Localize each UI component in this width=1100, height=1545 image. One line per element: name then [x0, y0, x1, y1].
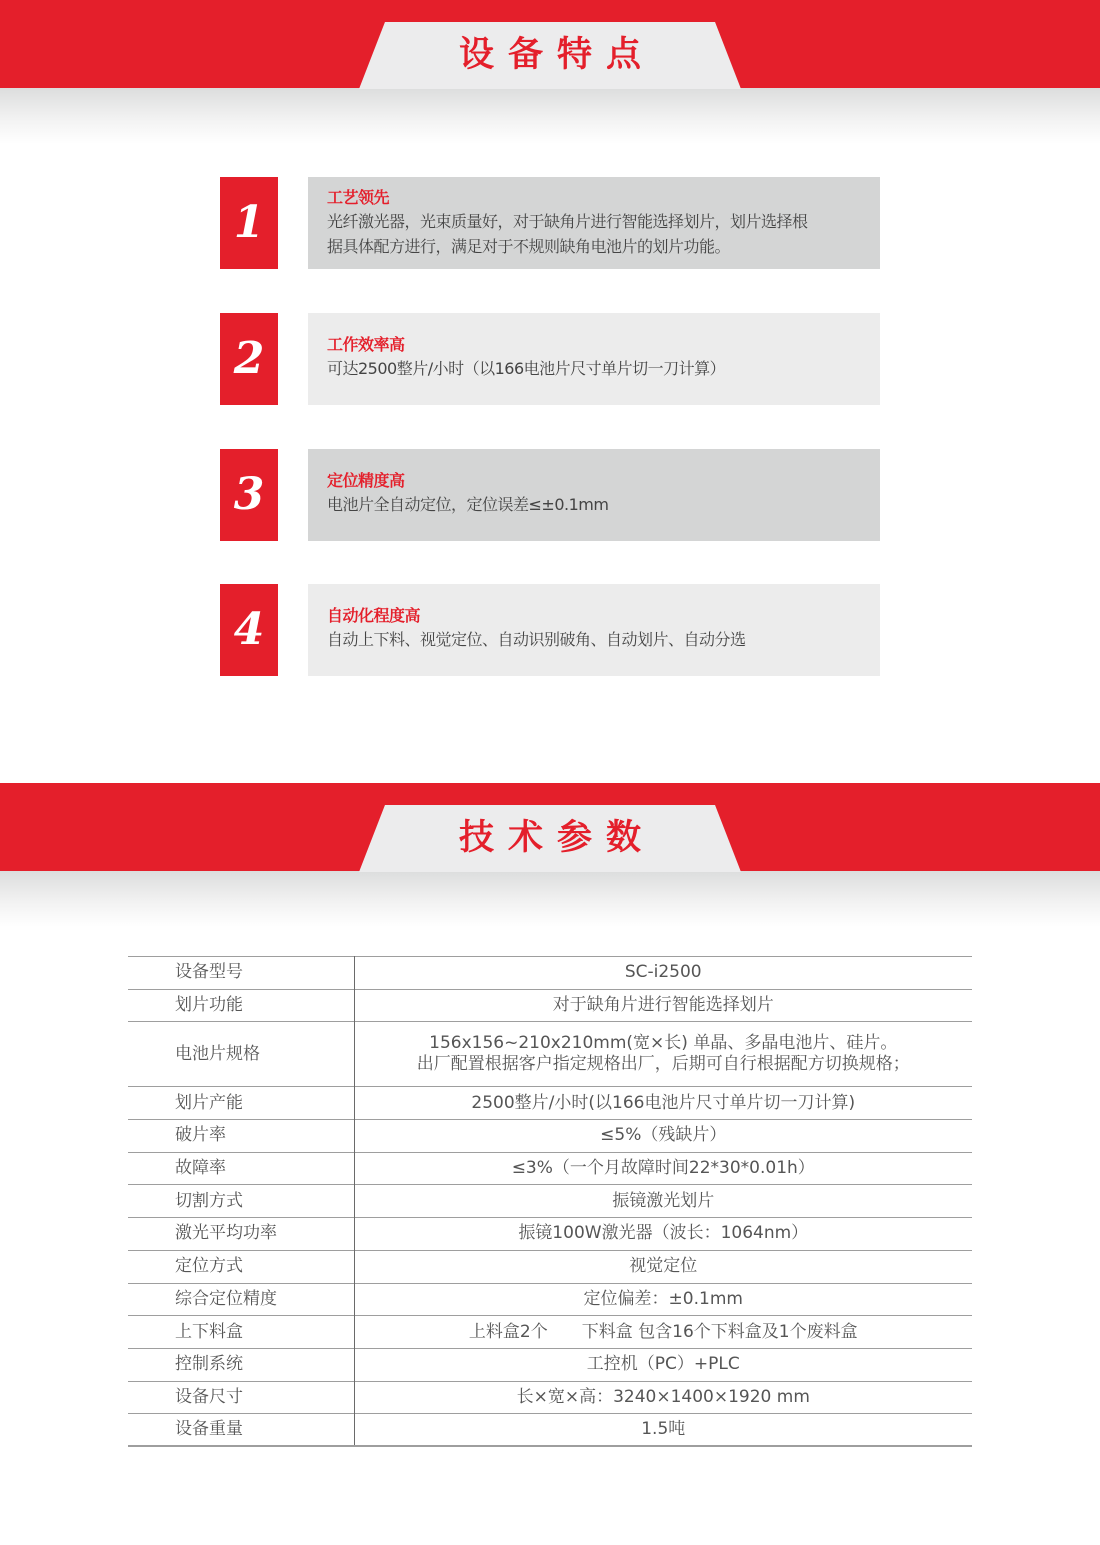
feature-description-line: 自动上下料、视觉定位、自动识别破角、自动划片、自动分选	[327, 627, 861, 652]
spec-value: SC-i2500	[354, 957, 972, 990]
table-row: 设备尺寸 长×宽×高：3240×1400×1920 mm	[128, 1381, 972, 1414]
spec-key: 激光平均功率	[128, 1218, 354, 1251]
spec-value: 2500整片/小时(以166电池片尺寸单片切一刀计算)	[354, 1087, 972, 1120]
specs-section-header: 技术参数	[0, 783, 1100, 923]
spec-key: 划片产能	[128, 1087, 354, 1120]
spec-key: 电池片规格	[128, 1022, 354, 1087]
spec-value: 对于缺角片进行智能选择划片	[354, 989, 972, 1022]
feature-description-line: 电池片全自动定位，定位误差≤±0.1mm	[327, 492, 861, 517]
spec-value: 定位偏差：±0.1mm	[354, 1283, 972, 1316]
spec-value: 工控机（PC）+PLC	[354, 1348, 972, 1381]
feature-title: 工作效率高	[327, 334, 861, 356]
feature-description-line: 据具体配方进行，满足对于不规则缺角电池片的划片功能。	[327, 234, 861, 259]
feature-item: 3 定位精度高 电池片全自动定位，定位误差≤±0.1mm	[220, 449, 880, 541]
section-title: 技术参数	[359, 813, 741, 863]
spec-key: 上下料盒	[128, 1316, 354, 1349]
section-title: 设备特点	[359, 30, 741, 80]
spec-key: 破片率	[128, 1120, 354, 1153]
spec-key: 切割方式	[128, 1185, 354, 1218]
feature-number-badge: 1	[220, 177, 278, 269]
table-row: 设备型号 SC-i2500	[128, 957, 972, 990]
spec-key: 故障率	[128, 1152, 354, 1185]
header-shadow	[0, 88, 1100, 144]
spec-key: 综合定位精度	[128, 1283, 354, 1316]
features-section-header: 设备特点	[0, 0, 1100, 140]
table-row: 定位方式 视觉定位	[128, 1250, 972, 1283]
table-row: 故障率 ≤3%（一个月故障时间22*30*0.01h）	[128, 1152, 972, 1185]
feature-number-badge: 4	[220, 584, 278, 676]
spec-value: 视觉定位	[354, 1250, 972, 1283]
feature-title: 自动化程度高	[327, 605, 861, 627]
table-row: 电池片规格 156x156~210x210mm(宽×长) 单晶、多晶电池片、硅片…	[128, 1022, 972, 1087]
spec-value: 振镜100W激光器（波长：1064nm）	[354, 1218, 972, 1251]
table-row: 综合定位精度 定位偏差：±0.1mm	[128, 1283, 972, 1316]
spec-key: 设备型号	[128, 957, 354, 990]
spec-key: 控制系统	[128, 1348, 354, 1381]
spec-value: 振镜激光划片	[354, 1185, 972, 1218]
feature-description-line: 可达2500整片/小时（以166电池片尺寸单片切一刀计算）	[327, 356, 861, 381]
table-row: 划片功能 对于缺角片进行智能选择划片	[128, 989, 972, 1022]
feature-number-badge: 3	[220, 449, 278, 541]
spec-key: 设备重量	[128, 1414, 354, 1447]
spec-value-line: 156x156~210x210mm(宽×长) 单晶、多晶电池片、硅片。	[355, 1033, 973, 1054]
feature-card: 自动化程度高 自动上下料、视觉定位、自动识别破角、自动划片、自动分选	[308, 584, 880, 676]
table-row: 控制系统 工控机（PC）+PLC	[128, 1348, 972, 1381]
spec-key: 设备尺寸	[128, 1381, 354, 1414]
table-row: 划片产能 2500整片/小时(以166电池片尺寸单片切一刀计算)	[128, 1087, 972, 1120]
feature-item: 2 工作效率高 可达2500整片/小时（以166电池片尺寸单片切一刀计算）	[220, 313, 880, 405]
header-shadow	[0, 871, 1100, 927]
feature-number-badge: 2	[220, 313, 278, 405]
feature-card: 工作效率高 可达2500整片/小时（以166电池片尺寸单片切一刀计算）	[308, 313, 880, 405]
table-row: 上下料盒 上料盒2个 下料盒 包含16个下料盒及1个废料盒	[128, 1316, 972, 1349]
feature-title: 定位精度高	[327, 470, 861, 492]
table-row: 激光平均功率 振镜100W激光器（波长：1064nm）	[128, 1218, 972, 1251]
spec-value: ≤3%（一个月故障时间22*30*0.01h）	[354, 1152, 972, 1185]
spec-value: ≤5%（残缺片）	[354, 1120, 972, 1153]
feature-title: 工艺领先	[327, 187, 861, 209]
table-row: 切割方式 振镜激光划片	[128, 1185, 972, 1218]
feature-card: 定位精度高 电池片全自动定位，定位误差≤±0.1mm	[308, 449, 880, 541]
spec-value: 上料盒2个 下料盒 包含16个下料盒及1个废料盒	[354, 1316, 972, 1349]
table-row: 设备重量 1.5吨	[128, 1414, 972, 1447]
feature-item: 1 工艺领先 光纤激光器，光束质量好，对于缺角片进行智能选择划片，划片选择根 据…	[220, 177, 880, 269]
spec-value: 156x156~210x210mm(宽×长) 单晶、多晶电池片、硅片。 出厂配置…	[354, 1022, 972, 1087]
spec-value: 1.5吨	[354, 1414, 972, 1447]
spec-key: 定位方式	[128, 1250, 354, 1283]
feature-description-line: 光纤激光器，光束质量好，对于缺角片进行智能选择划片，划片选择根	[327, 209, 861, 234]
spec-key: 划片功能	[128, 989, 354, 1022]
feature-item: 4 自动化程度高 自动上下料、视觉定位、自动识别破角、自动划片、自动分选	[220, 584, 880, 676]
spec-value: 长×宽×高：3240×1400×1920 mm	[354, 1381, 972, 1414]
table-row: 破片率 ≤5%（残缺片）	[128, 1120, 972, 1153]
spec-table: 设备型号 SC-i2500 划片功能 对于缺角片进行智能选择划片 电池片规格 1…	[128, 956, 972, 1447]
spec-value-line: 出厂配置根据客户指定规格出厂，后期可自行根据配方切换规格；	[355, 1054, 973, 1075]
feature-card: 工艺领先 光纤激光器，光束质量好，对于缺角片进行智能选择划片，划片选择根 据具体…	[308, 177, 880, 269]
